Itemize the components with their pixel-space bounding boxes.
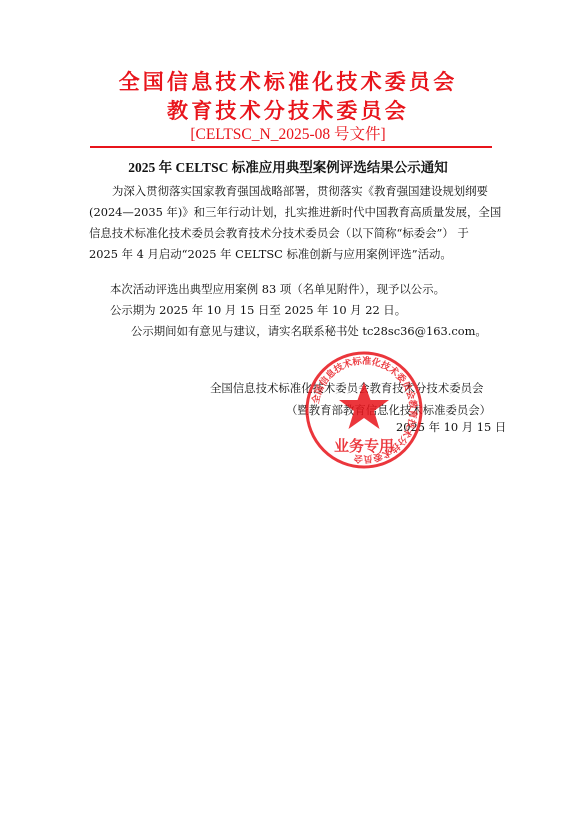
paragraph-line: 信息技术标准化技术委员会教育技术分技术委员会（以下简称“标委会”） 于 xyxy=(89,223,493,244)
notice-title: 2025 年 CELTSC 标准应用典型案例评选结果公示通知 xyxy=(0,156,576,176)
paragraph-contact: 公示期间如有意见与建议，请实名联系秘书处 tc28sc36@163.com。 xyxy=(131,321,535,342)
paragraph-period: 公示期为 2025 年 10 月 15 日至 2025 年 10 月 22 日。 xyxy=(110,300,514,321)
paragraph-line: 为深入贯彻落实国家教育强国战略部署，贯彻落实《教育强国建设规划纲要 xyxy=(89,181,493,202)
document-number: [CELTSC_N_2025-08 号文件] xyxy=(0,122,576,144)
paragraph-line: (2024—2035 年)》和三年行动计划，扎实推进新时代中国教育高质量发展，全… xyxy=(89,202,493,223)
red-header-divider xyxy=(90,146,492,148)
org-title-line1: 全国信息技术标准化技术委员会 xyxy=(0,66,576,96)
paragraph-intro: 为深入贯彻落实国家教育强国战略部署，贯彻落实《教育强国建设规划纲要 (2024—… xyxy=(89,181,493,265)
paragraph-line: 2025 年 4 月启动“2025 年 CELTSC 标准创新与应用案例评选”活… xyxy=(89,244,493,265)
stamp-center-text: 业务专用 xyxy=(334,437,394,455)
org-title-line2: 教育技术分技术委员会 xyxy=(0,95,576,125)
paragraph-result: 本次活动评选出典型应用案例 83 项（名单见附件），现予以公示。 xyxy=(110,279,514,300)
official-seal-stamp: 全国信息技术标准化技术委员会教育技术分技术委员会 业务专用 xyxy=(304,350,424,470)
document-page: 全国信息技术标准化技术委员会 教育技术分技术委员会 [CELTSC_N_2025… xyxy=(0,0,576,815)
star-icon xyxy=(339,382,389,429)
